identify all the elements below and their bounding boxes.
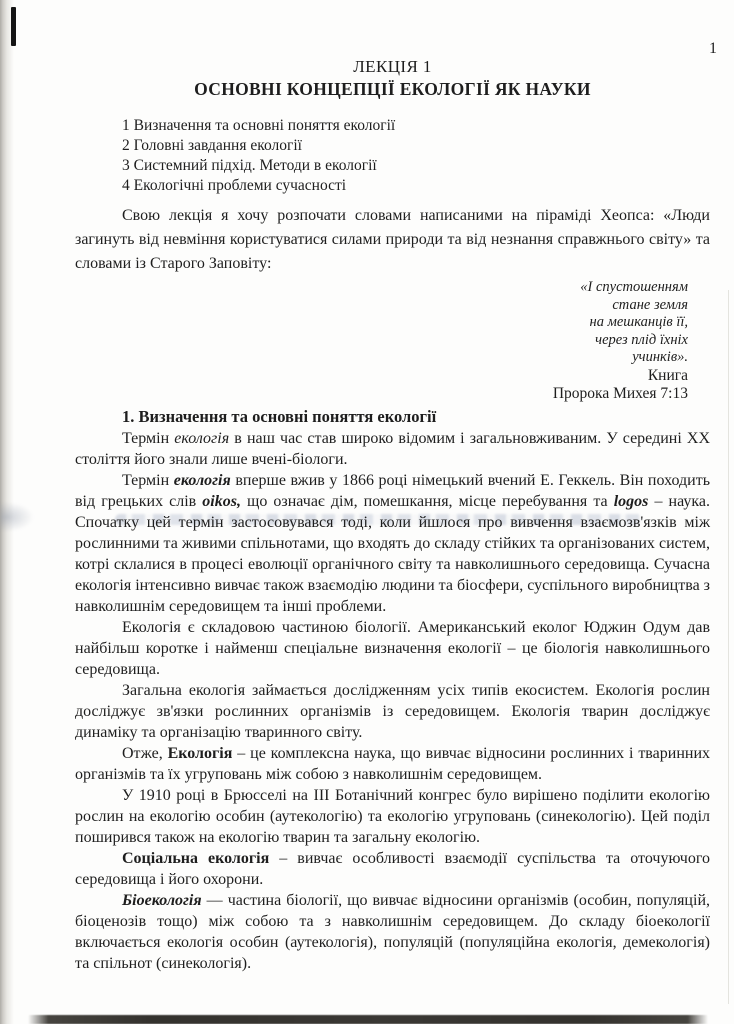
body-paragraph: Біоекологія — частина біології, що вивча… (75, 890, 710, 974)
plain-text: – наука. Спочатку цей термін застосовува… (75, 493, 710, 615)
quote-line: через плід їхніх (75, 332, 688, 350)
plain-text: У 1910 році в Брюсселі на ІІІ Ботанічний… (75, 787, 710, 846)
body-paragraph: Отже, Екологія – це комплексна наука, що… (75, 743, 710, 785)
plain-text: Екологія є складовою частиною біології. … (75, 619, 710, 678)
outline-item-2: 2 Головні завдання екології (122, 136, 710, 156)
body-paragraph: Екологія є складовою частиною біології. … (75, 617, 710, 680)
plain-text: що означає дім, помешкання, місце перебу… (241, 493, 614, 510)
plain-text: Свою лекція я хочу розпочати словами нап… (75, 207, 710, 272)
plain-text: Термін (122, 430, 174, 447)
quote-line: «І спустошенням (75, 279, 688, 297)
body-paragraph: Термін екологія в наш час став широко ві… (75, 428, 710, 470)
body-paragraph: Загальна екологія займається дослідження… (75, 680, 710, 743)
section-heading: 1. Визначення та основні поняття екологі… (75, 406, 710, 428)
bottom-scan-shadow (28, 1015, 708, 1024)
emphasis-text: Екологія (168, 745, 233, 762)
outline-item-3: 3 Системний підхід. Методи в екології (122, 156, 710, 176)
scripture-quote: «І спустошенням стане земля на мешканців… (75, 279, 688, 403)
body-paragraph: У 1910 році в Брюсселі на ІІІ Ботанічний… (75, 785, 710, 848)
outline-item-4: 4 Екологічні проблеми сучасності (122, 176, 710, 196)
quote-line: на мешканців її, (75, 314, 688, 332)
emphasis-text: Соціальна екологія (122, 850, 269, 867)
scanned-document-page: 1 ЛЕКЦІЯ 1 ОСНОВНІ КОНЦЕПЦІЇ ЕКОЛОГІЇ ЯК… (0, 0, 734, 1024)
body-paragraph: Соціальна екологія – вивчає особливості … (75, 848, 710, 890)
page-content: ЛЕКЦІЯ 1 ОСНОВНІ КОНЦЕПЦІЇ ЕКОЛОГІЇ ЯК Н… (0, 0, 734, 974)
lecture-subtitle: ОСНОВНІ КОНЦЕПЦІЇ ЕКОЛОГІЇ ЯК НАУКИ (75, 79, 710, 100)
body-paragraph: Термін екологія вперше вжив у 1866 році … (75, 470, 710, 617)
quote-line: учинків». (75, 349, 688, 367)
plain-text: Термін (122, 472, 174, 489)
intro-paragraph: Свою лекція я хочу розпочати словами нап… (75, 204, 710, 276)
emphasis-text: екологія (174, 472, 231, 489)
plain-text: Отже, (122, 745, 168, 762)
emphasis-text: oikos, (202, 493, 241, 510)
lecture-outline: 1 Визначення та основні поняття екології… (122, 116, 710, 196)
plain-text: Загальна екологія займається дослідження… (75, 682, 710, 741)
emphasis-text: logos (614, 493, 649, 510)
quote-source-line: Книга (75, 367, 688, 385)
emphasis-text: екологія (174, 430, 229, 447)
lecture-title: ЛЕКЦІЯ 1 (75, 57, 710, 77)
quote-source-line: Пророка Михея 7:13 (75, 385, 688, 403)
outline-item-1: 1 Визначення та основні поняття екології (122, 116, 710, 136)
emphasis-text: Біоекологія (122, 892, 202, 909)
quote-line: стане земля (75, 297, 688, 315)
